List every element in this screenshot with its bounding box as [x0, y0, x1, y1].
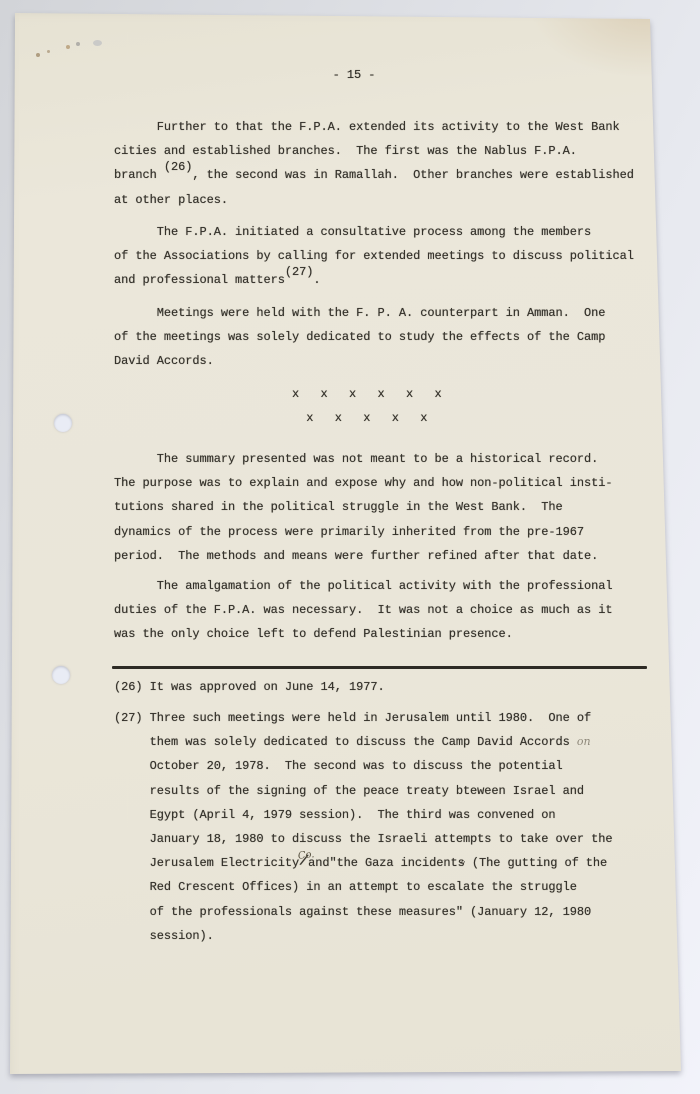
- pencil-speck: [36, 53, 40, 57]
- text-line: x x x x x: [114, 406, 442, 430]
- paragraph-4: The summary presented was not meant to b…: [114, 447, 612, 568]
- text-line: January 18, 1980 to discuss the Israeli …: [114, 827, 612, 851]
- text-line: (26) It was approved on June 14, 1977.: [114, 675, 385, 699]
- text-line: October 20, 1978. The second was to disc…: [114, 754, 612, 778]
- paper-shadow: - 15 - Further to that the F.P.A. extend…: [0, 0, 700, 1094]
- text-line: duties of the F.P.A. was necessary. It w…: [114, 598, 612, 622]
- pencil-speck: [66, 45, 70, 49]
- text-line: of the professionals against these measu…: [114, 900, 612, 924]
- text-line: Jerusalem Electricity/Co.and"the Gaza in…: [114, 851, 612, 875]
- x-separator: x x x x x x x x x x x: [114, 382, 442, 430]
- text-line: period. The methods and means were furth…: [114, 544, 612, 568]
- pencil-speck: [47, 50, 50, 53]
- text-line: Further to that the F.P.A. extended its …: [114, 115, 634, 139]
- text-line: Red Crescent Offices) in an attempt to e…: [114, 875, 612, 899]
- punch-hole: [54, 414, 72, 432]
- typed-text: and"the Gaza incidents: [308, 856, 465, 870]
- text-line: Meetings were held with the F. P. A. cou…: [114, 301, 605, 325]
- scanned-page-background: - 15 - Further to that the F.P.A. extend…: [0, 0, 700, 1094]
- text-line: tutions shared in the political struggle…: [114, 495, 612, 519]
- paragraph-2: The F.P.A. initiated a consultative proc…: [114, 220, 634, 293]
- text-line: and professional matters(27).: [114, 268, 634, 292]
- text-line: them was solely dedicated to discuss the…: [114, 730, 612, 754]
- footnote-reference-superscript: (27): [285, 265, 314, 279]
- text-line: The purpose was to explain and expose wh…: [114, 471, 612, 495]
- text-line: was the only choice left to defend Pales…: [114, 622, 612, 646]
- typed-text: them was solely dedicated to discuss the…: [114, 735, 577, 749]
- typed-text: , the second was in Ramallah. Other bran…: [192, 168, 634, 182]
- typed-content: - 15 - Further to that the F.P.A. extend…: [114, 0, 680, 1094]
- document-page: - 15 - Further to that the F.P.A. extend…: [0, 0, 700, 1094]
- text-line: session).: [114, 924, 612, 948]
- text-line: x x x x x x: [114, 382, 442, 406]
- text-line: branch (26), the second was in Ramallah.…: [114, 163, 634, 187]
- text-line: The F.P.A. initiated a consultative proc…: [114, 220, 634, 244]
- text-line: David Accords.: [114, 349, 605, 373]
- typed-text: Jerusalem Electricity: [114, 856, 299, 870]
- footnote-divider-line: [112, 666, 647, 669]
- text-line: Egypt (April 4, 1979 session). The third…: [114, 803, 612, 827]
- page-number: - 15 -: [114, 63, 594, 87]
- typed-text: and professional matters: [114, 273, 285, 287]
- text-line: of the meetings was solely dedicated to …: [114, 325, 605, 349]
- typed-text: branch: [114, 168, 164, 182]
- text-line: The summary presented was not meant to b…: [114, 447, 612, 471]
- handwritten-annotation: on: [577, 735, 591, 748]
- typed-text: .: [313, 273, 320, 287]
- paragraph-1: Further to that the F.P.A. extended its …: [114, 115, 634, 212]
- text-line: of the Associations by calling for exten…: [114, 244, 634, 268]
- footnote-reference-superscript: (26): [164, 160, 193, 174]
- typed-text: (The gutting of the: [465, 856, 607, 870]
- text-line: dynamics of the process were primarily i…: [114, 520, 612, 544]
- pencil-speck: [76, 42, 80, 46]
- text-line: The amalgamation of the political activi…: [114, 574, 612, 598]
- text-line: (27) Three such meetings were held in Je…: [114, 706, 612, 730]
- footnote-26: (26) It was approved on June 14, 1977.: [114, 675, 385, 699]
- paragraph-5: The amalgamation of the political activi…: [114, 574, 612, 647]
- text-line: results of the signing of the peace trea…: [114, 779, 612, 803]
- paragraph-3: Meetings were held with the F. P. A. cou…: [114, 301, 605, 374]
- text-line: at other places.: [114, 188, 634, 212]
- pencil-speck: [93, 40, 102, 46]
- punch-hole: [52, 666, 70, 684]
- footnote-27: (27) Three such meetings were held in Je…: [114, 706, 612, 948]
